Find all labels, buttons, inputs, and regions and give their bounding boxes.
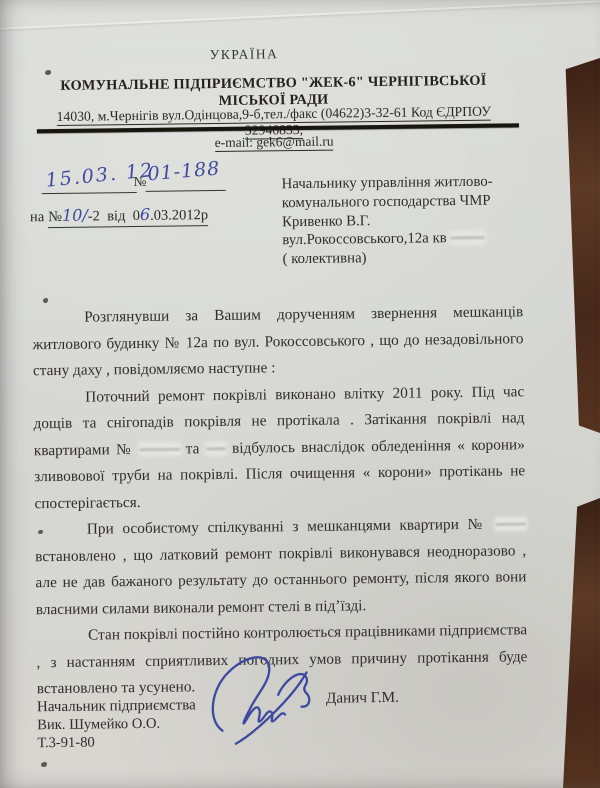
incoming-prefix: на: [30, 209, 44, 225]
body-paragraph: При особистому спілкуванні з мешканцями …: [35, 511, 527, 623]
incoming-numero-sign: №: [48, 209, 62, 225]
numero-sign: №: [133, 174, 146, 190]
incoming-number-tail: -2: [88, 208, 100, 224]
executor-line: Вик. Шумейко О.О.: [37, 716, 160, 735]
recipient-block: Начальнику управління житлово- комунальн…: [282, 172, 553, 269]
signature-scribble: [208, 650, 319, 751]
incoming-vid-label: від: [107, 208, 125, 224]
incoming-number-handwritten: 10/: [62, 206, 88, 225]
redaction-blur: [206, 442, 226, 453]
redaction-blur: [139, 443, 179, 454]
body-paragraph: Поточний ремонт покрівлі виконано влітку…: [33, 379, 526, 517]
incoming-ref-line: на№10/-2 від 06.03.2012р: [30, 204, 208, 226]
letter-photo: УКРАЇНА КОМУНАЛЬНЕ ПІДПРИЄМСТВО "ЖЕК-6" …: [0, 0, 600, 788]
date-underline: [42, 192, 137, 194]
letter-body: Розглянувши за Вашим дорученням зверненн…: [32, 299, 528, 702]
country-title: УКРАЇНА: [0, 44, 492, 66]
signoff-title: Начальник підприємства: [37, 697, 196, 716]
number-underline: [146, 190, 226, 192]
redaction-blur: [450, 232, 484, 243]
email-text: e-mail: gek6@mail.ru: [215, 134, 334, 152]
incoming-date-handwritten: 6: [140, 205, 150, 224]
signoff-name: Данич Г.М.: [326, 689, 399, 708]
recipient-line: ( колективна): [282, 247, 552, 269]
phone-line: Т.3-91-80: [37, 735, 95, 753]
redaction-blur: [496, 518, 526, 529]
body-paragraph: Розглянувши за Вашим дорученням зверненн…: [32, 299, 524, 384]
letter-content: УКРАЇНА КОМУНАЛЬНЕ ПІДПРИЄМСТВО "ЖЕК-6" …: [0, 0, 600, 788]
incoming-date-tail: .03.2012р: [150, 207, 208, 224]
outgoing-number-handwritten: 01-188: [147, 157, 221, 185]
